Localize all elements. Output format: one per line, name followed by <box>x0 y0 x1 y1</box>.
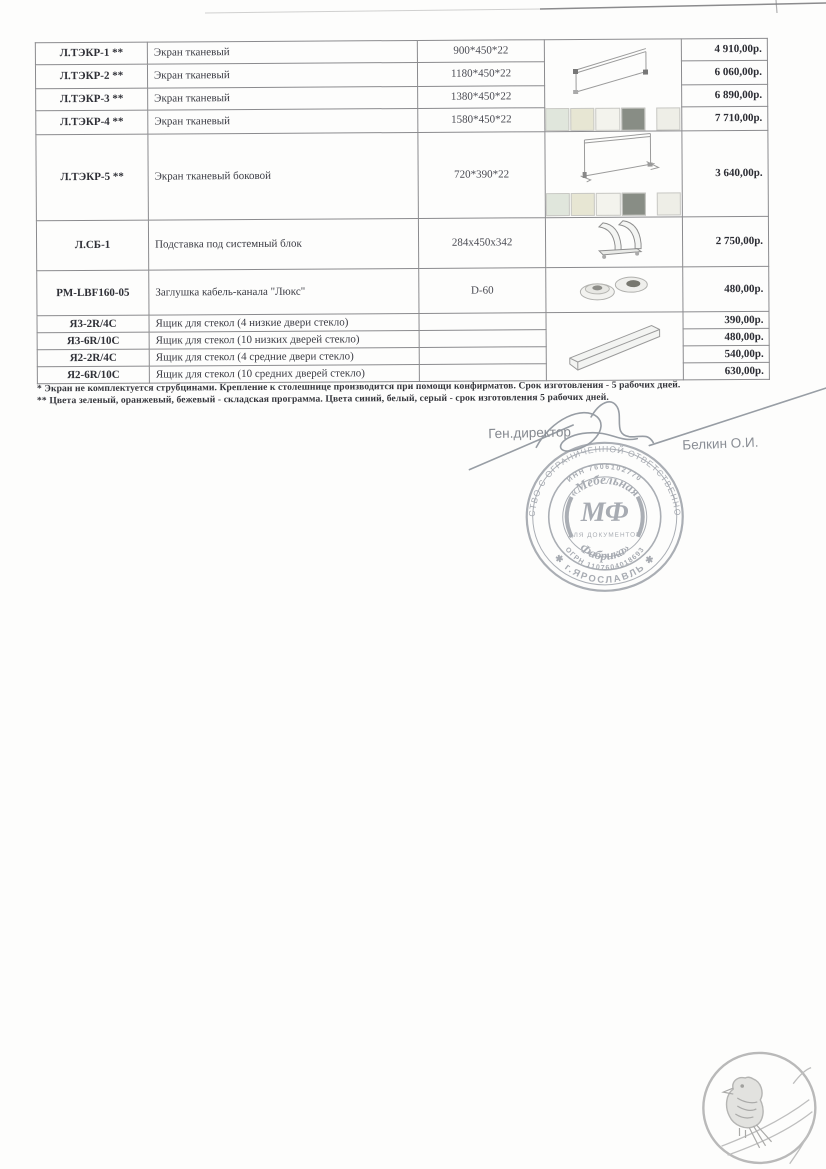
item-dimensions: 1180*450*22 <box>417 62 544 86</box>
table-row: Л.ТЭКР-5 ** Экран тканевый боковой 720*3… <box>36 130 769 220</box>
item-description: Экран тканевый <box>148 109 418 134</box>
item-code: Я3-6R/10C <box>37 332 149 350</box>
item-dimensions: 900*450*22 <box>417 40 544 63</box>
bird-stamp <box>693 1045 826 1169</box>
color-swatch-light <box>656 107 680 130</box>
item-code: PM-LBF160-05 <box>37 270 149 316</box>
item-description: Экран тканевый <box>148 86 418 110</box>
item-code: Л.ТЭКР-4 ** <box>36 110 148 134</box>
item-price: 390,00р. <box>683 312 769 330</box>
svg-text:Фабрика»: Фабрика» <box>577 540 633 563</box>
item-code: Л.ТЭКР-5 ** <box>36 134 149 221</box>
item-code: Л.ТЭКР-1 ** <box>35 42 147 65</box>
color-swatch-white <box>596 193 620 216</box>
product-image-cell <box>545 130 683 217</box>
item-dimensions: 720*390*22 <box>418 131 546 218</box>
product-image-cell <box>545 216 682 267</box>
color-swatch-green <box>546 193 570 216</box>
stamp-purpose-text: ДЛЯ ДОКУМЕНТОВ <box>568 532 641 539</box>
item-code: Я3-2R/4C <box>37 315 149 333</box>
item-description: Экран тканевый <box>147 63 417 88</box>
item-description: Подставка под системный блок <box>148 218 418 270</box>
product-image-cell <box>544 39 682 131</box>
item-price: 2 750,00р. <box>682 216 768 267</box>
glass-drawer-drawing <box>547 313 682 376</box>
item-dimensions <box>419 330 546 348</box>
item-code: Я2-2R/4C <box>37 349 149 367</box>
item-dimensions: D-60 <box>419 268 546 314</box>
item-description: Ящик для стекол (4 низкие двери стекло) <box>149 314 419 333</box>
color-swatch-beige <box>570 108 594 131</box>
item-description: Ящик для стекол (10 низких дверей стекло… <box>149 331 419 350</box>
item-price: 6 060,00р. <box>681 61 767 85</box>
item-code: Я2-6R/10C <box>37 366 149 384</box>
item-code: Л.СБ-1 <box>36 220 148 271</box>
item-description: Заглушка кабель-канала "Люкс" <box>149 269 419 316</box>
color-swatch-dark <box>621 107 645 130</box>
table-row: Л.ТЭКР-1 ** Экран тканевый 900*450*22 <box>35 38 767 65</box>
color-swatch-beige <box>571 193 595 216</box>
item-dimensions: 1380*450*22 <box>418 85 545 108</box>
table-row: PM-LBF160-05 Заглушка кабель-канала "Люк… <box>37 267 769 316</box>
item-code: Л.ТЭКР-3 ** <box>36 88 148 111</box>
item-price: 3 640,00р. <box>682 130 769 217</box>
scanned-price-list-page: Л.ТЭКР-1 ** Экран тканевый 900*450*22 <box>0 0 826 1169</box>
color-swatches <box>545 107 681 131</box>
grommet-drawing <box>547 268 682 309</box>
product-image-cell <box>546 267 683 313</box>
color-swatch-dark <box>621 193 645 216</box>
color-swatch-light <box>657 193 681 216</box>
side-screen-drawing <box>546 131 681 186</box>
item-price: 4 910,00р. <box>681 38 767 61</box>
color-swatches <box>546 193 682 217</box>
color-swatch-green <box>545 108 569 131</box>
item-dimensions <box>419 347 546 365</box>
item-description: Экран тканевый <box>147 40 417 64</box>
company-stamp: ОБЩЕСТВО С ОГРАНИЧЕННОЙ ОТВЕТСТВЕННОСТЬЮ… <box>519 438 690 599</box>
item-dimensions: 1580*450*22 <box>418 108 545 132</box>
item-price: 480,00р. <box>683 267 769 313</box>
item-price: 7 710,00р. <box>682 107 768 131</box>
item-price: 540,00р. <box>683 346 769 364</box>
product-image-cell <box>546 312 683 381</box>
item-price: 6 890,00р. <box>682 84 768 107</box>
item-price: 480,00р. <box>683 329 769 347</box>
screen-panel-drawing <box>545 39 680 100</box>
item-description: Экран тканевый боковой <box>148 132 419 220</box>
color-swatch-white <box>596 107 620 130</box>
item-dimensions: 284х450х342 <box>418 217 545 268</box>
stamp-brand-bottom: Фабрика» <box>577 540 633 563</box>
stamp-monogram: МФ <box>580 497 629 528</box>
item-code: Л.ТЭКР-2 ** <box>35 65 147 89</box>
item-dimensions <box>419 313 546 331</box>
item-description: Ящик для стекол (4 средние двери стекло) <box>149 348 419 367</box>
price-table: Л.ТЭКР-1 ** Экран тканевый 900*450*22 <box>35 38 770 385</box>
cpu-stand-drawing <box>546 217 681 264</box>
table-row: Л.СБ-1 Подставка под системный блок 284х… <box>36 216 768 271</box>
